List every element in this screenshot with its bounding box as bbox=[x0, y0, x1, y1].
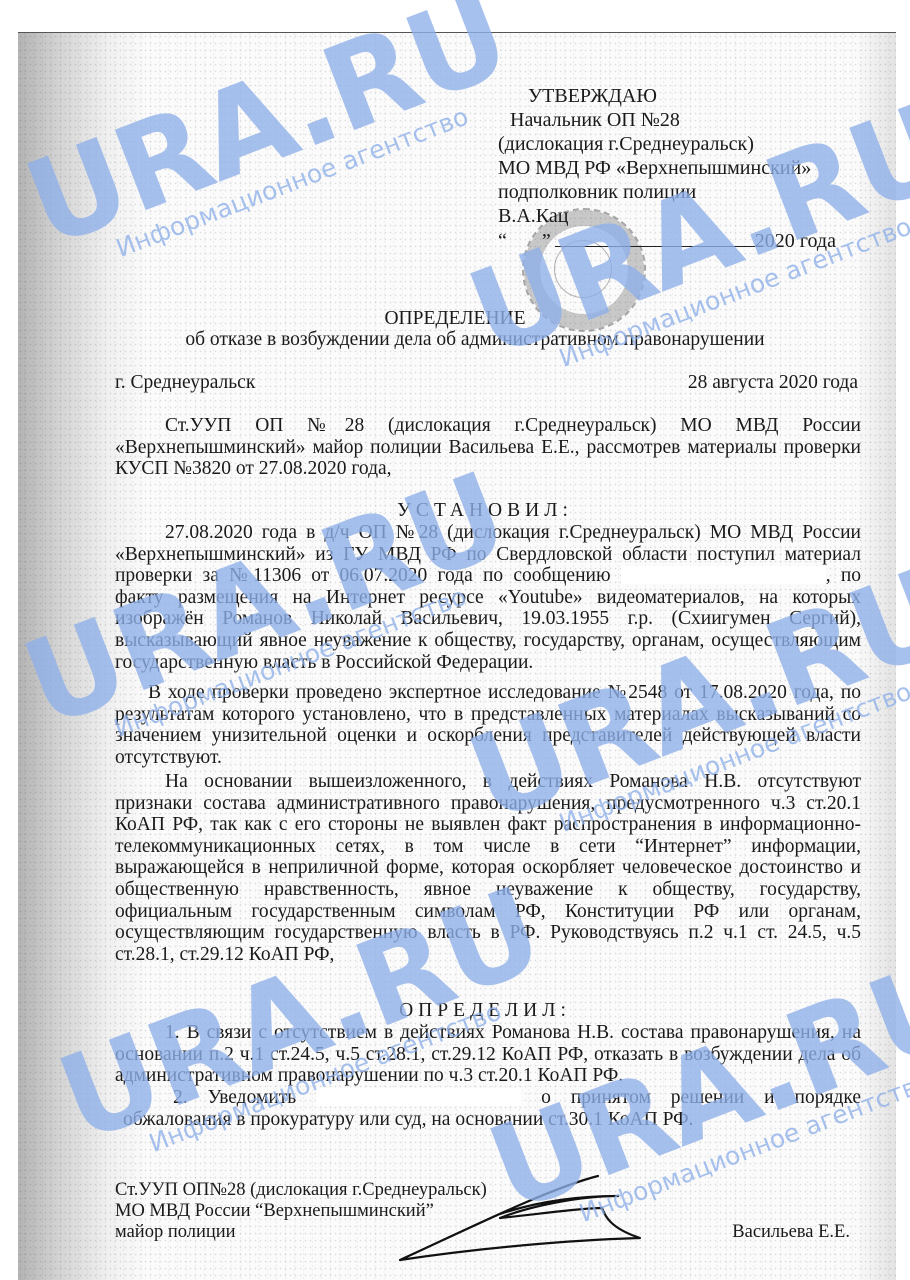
decided-heading: ОПРЕДЕЛИЛ: bbox=[0, 1000, 910, 1022]
document-title: ОПРЕДЕЛЕНИЕ bbox=[0, 308, 910, 330]
approval-block: УТВЕРЖДАЮ Начальник ОП №28 (дислокация г… bbox=[498, 84, 836, 253]
established-paragraph-2: В ходе проверки проведено экспертное исс… bbox=[115, 682, 861, 768]
approval-line: МО МВД РФ «Верхнепышминский» bbox=[498, 156, 836, 180]
document-date: 28 августа 2020 года bbox=[688, 372, 858, 394]
redacted-field bbox=[621, 566, 826, 584]
signer-name: Васильева Е.Е. bbox=[732, 1222, 850, 1244]
established-paragraph-1: 27.08.2020 года в д/ч ОП №28 (дислокация… bbox=[115, 522, 861, 673]
intro-paragraph: Ст.УУП ОП №28 (дислокация г.Среднеуральс… bbox=[115, 415, 861, 480]
approval-date-line: “ ” 2020 года bbox=[498, 228, 836, 253]
document-subtitle: об отказе в возбуждении дела об админист… bbox=[0, 329, 910, 351]
decided-item-1: 1. В связи с отсутствием в действиях Ром… bbox=[115, 1022, 861, 1087]
approval-line: подполковник полиции bbox=[498, 180, 836, 204]
document-place: г. Среднеуральск bbox=[115, 372, 255, 394]
approval-date-blank bbox=[555, 228, 755, 247]
approval-line: В.А.Кац bbox=[498, 204, 836, 228]
redacted-field bbox=[316, 1088, 521, 1106]
approval-line: (дислокация г.Среднеуральск) bbox=[498, 132, 836, 156]
established-paragraph-3: На основании вышеизложенного, в действия… bbox=[115, 771, 861, 965]
decided-item-2-start: 2. Уведомить bbox=[173, 1087, 296, 1108]
established-heading: УСТАНОВИЛ: bbox=[0, 500, 910, 522]
approval-heading: УТВЕРЖДАЮ bbox=[498, 84, 836, 108]
approval-date-year: 2020 года bbox=[755, 229, 836, 253]
approval-line: Начальник ОП №28 bbox=[498, 108, 836, 132]
handwritten-signature bbox=[380, 1168, 680, 1268]
decided-item-2: 2. Уведомить о принятом решении и порядк… bbox=[115, 1087, 861, 1130]
approval-date-quotes: “ ” bbox=[498, 229, 551, 253]
